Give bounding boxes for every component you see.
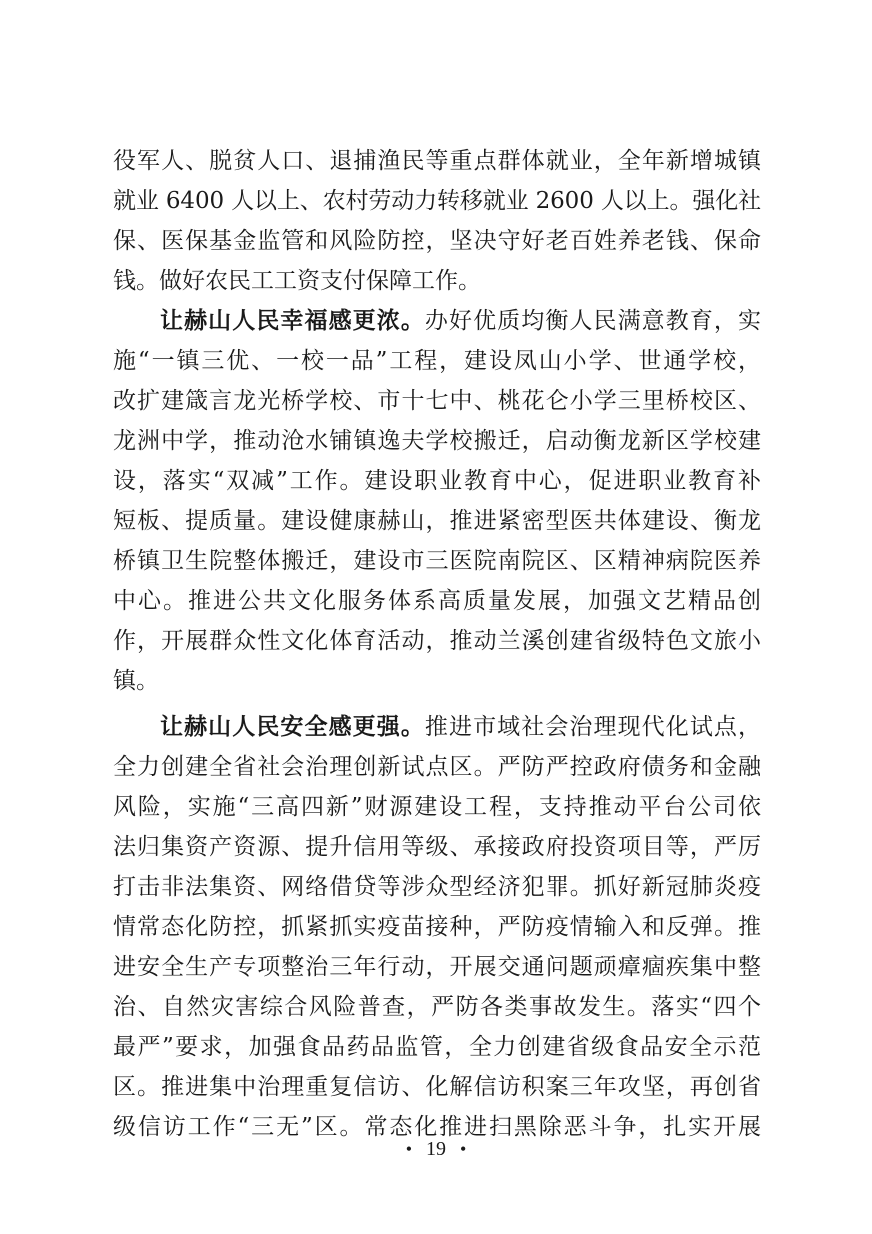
paragraph-3-line-1: 让赫山人民安全感更强。推进市域社会治理现代化试点， (160, 710, 761, 744)
page-number: 19 (426, 1138, 446, 1160)
paragraph-3-heading: 让赫山人民安全感更强。 (160, 714, 425, 740)
paragraph-3-line-9: 最严”要求，加强食品药品监管，全力创建省级食品安全示范 (113, 1030, 761, 1064)
paragraph-2-line-5: 设，落实“双减”工作。建设职业教育中心，促进职业教育补 (113, 464, 761, 498)
paragraph-3-line-4: 法归集资产资源、提升信用等级、承接政府投资项目等，严厉 (113, 830, 761, 864)
paragraph-2-line-6: 短板、提质量。建设健康赫山，推进紧密型医共体建设、衡龙 (113, 504, 761, 538)
paragraph-3-line-6: 情常态化防控，抓紧抓实疫苗接种，严防疫情输入和反弹。推 (113, 910, 761, 944)
paragraph-3-line-7: 进安全生产专项整治三年行动，开展交通问题顽瘴痼疾集中整 (113, 950, 761, 984)
paragraph-3-line-5: 打击非法集资、网络借贷等涉众型经济犯罪。抓好新冠肺炎疫 (113, 870, 761, 904)
paragraph-1-line-3: 保、医保基金监管和风险防控，坚决守好老百姓养老钱、保命 (113, 224, 761, 258)
paragraph-2-line-3: 改扩建箴言龙光桥学校、市十七中、桃花仑小学三里桥校区、 (113, 384, 761, 418)
paragraph-2-heading: 让赫山人民幸福感更浓。 (160, 308, 425, 334)
paragraph-2-line-1: 让赫山人民幸福感更浓。办好优质均衡人民满意教育，实 (160, 304, 761, 338)
paragraph-3-line-3: 风险，实施“三高四新”财源建设工程，支持推动平台公司依 (113, 790, 761, 824)
paragraph-2-line-2: 施“一镇三优、一校一品”工程，建设凤山小学、世通学校， (113, 344, 761, 378)
bullet-icon: • (406, 1139, 412, 1160)
paragraph-1-line-2: 就业 6400 人以上、农村劳动力转移就业 2600 人以上。强化社 (113, 184, 761, 218)
page-number-footer: •19• (0, 1138, 872, 1161)
bullet-icon: • (460, 1139, 466, 1160)
paragraph-2-line-10: 镇。 (113, 664, 761, 698)
paragraph-3-line-8: 治、自然灾害综合风险普查，严防各类事故发生。落实“四个 (113, 990, 761, 1024)
paragraph-3-line-10: 区。推进集中治理重复信访、化解信访积案三年攻坚，再创省 (113, 1070, 761, 1104)
document-page: 役军人、脱贫人口、退捕渔民等重点群体就业，全年新增城镇 就业 6400 人以上、… (0, 0, 872, 1234)
paragraph-1-line-1: 役军人、脱贫人口、退捕渔民等重点群体就业，全年新增城镇 (113, 144, 761, 178)
paragraph-3-line-2: 全力创建全省社会治理创新试点区。严防严控政府债务和金融 (113, 750, 761, 784)
paragraph-1-line-4: 钱。做好农民工工资支付保障工作。 (113, 264, 761, 298)
paragraph-2-line-9: 作，开展群众性文化体育活动，推动兰溪创建省级特色文旅小 (113, 624, 761, 658)
paragraph-2-line-4: 龙洲中学，推动沧水铺镇逸夫学校搬迁，启动衡龙新区学校建 (113, 424, 761, 458)
paragraph-2-line-7: 桥镇卫生院整体搬迁，建设市三医院南院区、区精神病院医养 (113, 544, 761, 578)
paragraph-2-line-8: 中心。推进公共文化服务体系高质量发展，加强文艺精品创 (113, 584, 761, 618)
